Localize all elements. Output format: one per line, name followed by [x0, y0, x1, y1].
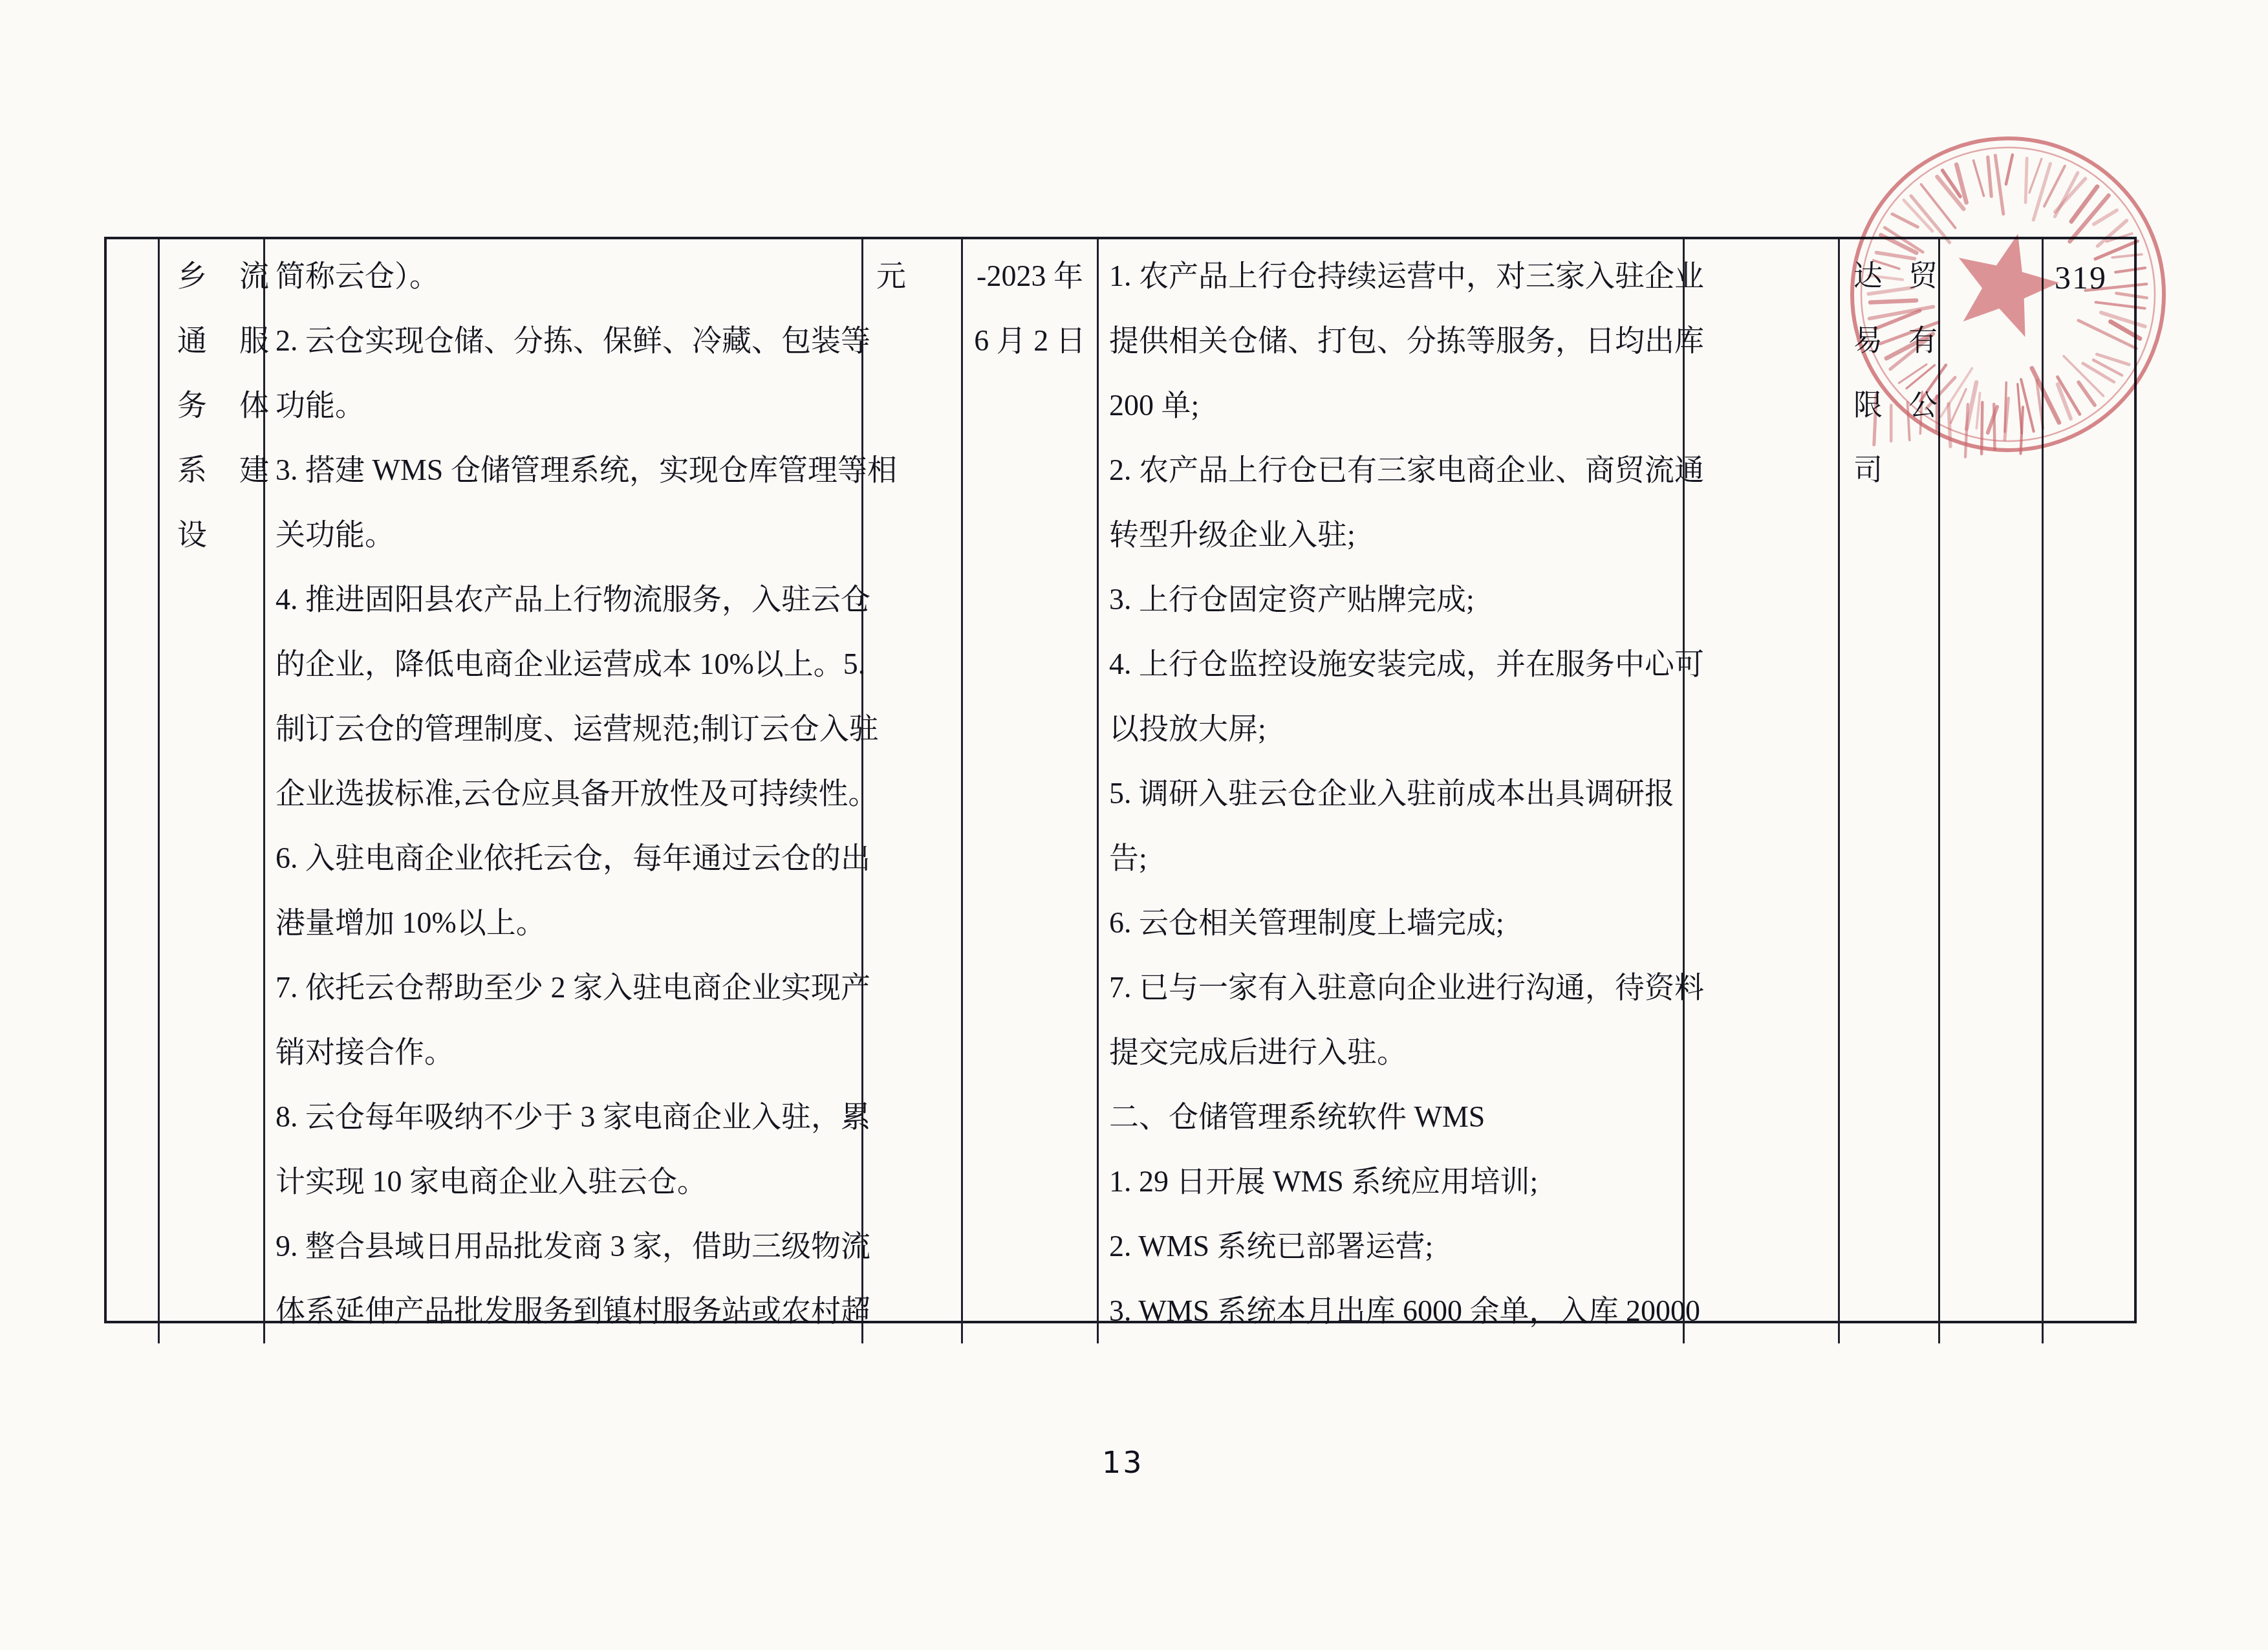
category-line: 设	[177, 503, 263, 567]
column-unit: 元	[863, 239, 963, 1343]
column-task-requirements: 简称云仓）。 2. 云仓实现仓储、分拣、保鲜、冷藏、包装等 功能。 3. 搭建 …	[265, 239, 863, 1343]
column-index-empty	[107, 239, 160, 1343]
column-score: 319	[2044, 239, 2134, 1343]
scanned-document-page: 乡流 通服 务体 系建 设 简称云仓）。 2. 云仓实现仓储、分拣、保鲜、冷藏、…	[0, 0, 2268, 1650]
task-line: 制订云仓的管理制度、运营规范;制订云仓入驻	[275, 697, 861, 761]
task-line: 的企业，降低电商企业运营成本 10%以上。5.	[275, 632, 861, 697]
page-number: 13	[1102, 1445, 1144, 1480]
progress-line: 告;	[1109, 826, 1683, 891]
task-line: 4. 推进固阳县农产品上行物流服务，入驻云仓	[275, 567, 861, 632]
column-category: 乡流 通服 务体 系建 设	[160, 239, 265, 1343]
column-company: 达贸 易有 限公 司	[1840, 239, 1940, 1343]
progress-line: 1. 农产品上行仓持续运营中，对三家入驻企业	[1109, 244, 1683, 309]
progress-line: 转型升级企业入驻;	[1109, 503, 1683, 567]
category-line: 系建	[177, 438, 263, 503]
category-line: 通服	[177, 309, 263, 373]
task-line: 港量增加 10%以上。	[275, 891, 861, 955]
task-line: 7. 依托云仓帮助至少 2 家入驻电商企业实现产	[275, 955, 861, 1020]
report-table-row: 乡流 通服 务体 系建 设 简称云仓）。 2. 云仓实现仓储、分拣、保鲜、冷藏、…	[104, 237, 2137, 1323]
score-value: 319	[2055, 245, 2134, 310]
progress-line: 以投放大屏;	[1109, 697, 1683, 761]
progress-line: 2. 农产品上行仓已有三家电商企业、商贸流通	[1109, 438, 1683, 503]
task-line: 关功能。	[275, 503, 861, 567]
task-line: 8. 云仓每年吸纳不少于 3 家电商企业入驻，累	[275, 1085, 861, 1149]
task-line: 功能。	[275, 373, 861, 438]
company-line: 达贸	[1853, 244, 1938, 309]
progress-line: 4. 上行仓监控设施安装完成，并在服务中心可	[1109, 632, 1683, 697]
task-line: 3. 搭建 WMS 仓储管理系统，实现仓库管理等相	[275, 438, 861, 503]
column-progress: 1. 农产品上行仓持续运营中，对三家入驻企业 提供相关仓储、打包、分拣等服务，日…	[1099, 239, 1685, 1343]
company-line: 司	[1853, 438, 1938, 503]
progress-line: 二、仓储管理系统软件 WMS	[1109, 1085, 1683, 1149]
task-line: 体系延伸产品批发服务到镇村服务站或农村超	[275, 1279, 861, 1343]
date-line: 6 月 2 日	[963, 309, 1097, 373]
unit-label: 元	[876, 244, 961, 309]
task-line: 简称云仓）。	[275, 244, 861, 309]
task-line: 9. 整合县域日用品批发商 3 家，借助三级物流	[275, 1214, 861, 1279]
task-line: 计实现 10 家电商企业入驻云仓。	[275, 1149, 861, 1214]
date-line: -2023 年	[963, 244, 1097, 309]
task-line: 6. 入驻电商企业依托云仓，每年通过云仓的出	[275, 826, 861, 891]
task-line: 企业选拔标准,云仓应具备开放性及可持续性。	[275, 761, 861, 826]
progress-line: 3. 上行仓固定资产贴牌完成;	[1109, 567, 1683, 632]
progress-line: 2. WMS 系统已部署运营;	[1109, 1214, 1683, 1279]
category-line: 务体	[177, 373, 263, 438]
category-line: 乡流	[177, 244, 263, 309]
column-empty	[1685, 239, 1840, 1343]
progress-line: 提交完成后进行入驻。	[1109, 1020, 1683, 1085]
progress-line: 200 单;	[1109, 373, 1683, 438]
column-date: -2023 年 6 月 2 日	[963, 239, 1099, 1343]
company-line: 限公	[1853, 373, 1938, 438]
progress-line: 提供相关仓储、打包、分拣等服务，日均出库	[1109, 309, 1683, 373]
progress-line: 1. 29 日开展 WMS 系统应用培训;	[1109, 1149, 1683, 1214]
progress-line: 6. 云仓相关管理制度上墙完成;	[1109, 891, 1683, 955]
progress-line: 5. 调研入驻云仓企业入驻前成本出具调研报	[1109, 761, 1683, 826]
task-line: 2. 云仓实现仓储、分拣、保鲜、冷藏、包装等	[275, 309, 861, 373]
company-line: 易有	[1853, 309, 1938, 373]
progress-line: 7. 已与一家有入驻意向企业进行沟通，待资料	[1109, 955, 1683, 1020]
column-seal-empty	[1940, 239, 2044, 1343]
progress-line: 3. WMS 系统本月出库 6000 余单，入库 20000	[1109, 1279, 1683, 1343]
task-line: 销对接合作。	[275, 1020, 861, 1085]
